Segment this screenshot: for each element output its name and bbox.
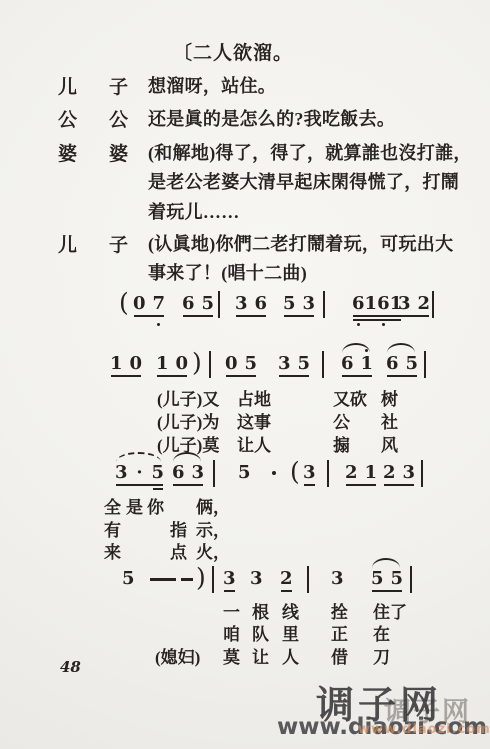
lyric-syllable: 借 <box>331 643 348 668</box>
note-char: 7 <box>153 293 166 315</box>
lyric-syllable: (儿子)为 <box>157 408 219 433</box>
dialog-text: 想溜呀，站住。 <box>148 72 276 98</box>
music-line: 1 01 0)0 53 56 16 5 <box>0 353 490 379</box>
barline <box>213 460 215 487</box>
lyric-syllable: 咱 <box>223 620 240 645</box>
speaker-label: 儿子 <box>58 230 128 257</box>
barline <box>218 291 220 318</box>
lyric-syllable: 人 <box>282 643 299 668</box>
note-space <box>128 462 135 484</box>
duration-dash <box>150 578 176 581</box>
lyric-syllable: 俩， <box>196 493 230 518</box>
lyric-syllable: 火， <box>196 538 230 563</box>
lyric-syllable: 让 <box>252 643 269 668</box>
note-group: 3 · 5 <box>115 462 164 484</box>
barline <box>307 566 309 593</box>
note-space <box>238 353 245 375</box>
note-group: 6 3 <box>172 462 204 484</box>
note-group: 6 5 <box>182 293 214 315</box>
lyric-row: 咱队里正在 <box>0 620 490 642</box>
note-char: 6 <box>377 293 390 315</box>
note-space <box>354 353 361 375</box>
lyric-syllable: 点 <box>170 538 187 563</box>
note-char: 3 <box>115 462 128 484</box>
barline <box>421 460 423 487</box>
note-space <box>146 293 153 315</box>
lyric-syllable: 是 <box>126 493 143 518</box>
note-char: 0 <box>133 293 146 315</box>
note-group: 1 0 <box>110 353 142 375</box>
lyric-syllable: 又砍 <box>333 385 367 410</box>
lyric-row: 来点火， <box>0 538 490 560</box>
lyric-syllable: 在 <box>373 620 390 645</box>
speaker-label: 儿子 <box>58 72 128 99</box>
note-char: 5 <box>202 293 215 315</box>
lyric-syllable: (儿子)莫 <box>157 431 219 456</box>
dialog-text: (认眞地)你們二老打鬧着玩，可玩出大 <box>148 230 453 256</box>
note-group: 6161 <box>352 293 402 315</box>
note-char: 3 <box>223 568 236 590</box>
note-char: 3 <box>331 568 344 590</box>
note-char: 1 <box>110 353 123 375</box>
music-paren: ( <box>290 458 300 486</box>
lyric-syllable: 里 <box>282 620 299 645</box>
note-char: 6 <box>341 353 354 375</box>
lyric-syllable: 全 <box>104 493 121 518</box>
note-char: 1 <box>365 462 378 484</box>
note-char: 5 <box>406 353 419 375</box>
note-char: 1 <box>361 353 374 375</box>
note-char: · <box>135 462 145 484</box>
note-space <box>185 462 192 484</box>
dialog-row: 事来了！(唱十二曲) <box>0 259 490 285</box>
barline <box>323 291 325 318</box>
note-group: 3 <box>250 568 263 590</box>
note-char: 5 <box>298 353 311 375</box>
barline <box>212 566 214 593</box>
note-char: 1 <box>156 353 169 375</box>
note-char: 5 <box>238 462 251 484</box>
note-char: 3 <box>250 568 263 590</box>
note-group: 3 <box>303 462 316 484</box>
note-char: 3 <box>278 353 291 375</box>
speaker-label: 公公 <box>58 105 128 132</box>
note-group: 5 <box>238 462 251 484</box>
note-char: 2 <box>280 568 293 590</box>
note-char: 3 <box>303 293 316 315</box>
speaker-char: 公 <box>109 105 128 132</box>
note-char: 0 <box>225 353 238 375</box>
page-number: 48 <box>60 658 81 676</box>
speaker-char: 公 <box>58 105 77 132</box>
note-char: 3 <box>192 462 205 484</box>
speaker-char: 子 <box>109 230 128 257</box>
barline <box>410 566 412 593</box>
speaker-char: 婆 <box>109 139 128 166</box>
note-space <box>411 293 418 315</box>
lyric-syllable: 刀 <box>373 643 390 668</box>
barline <box>432 291 434 318</box>
note-group: 2 <box>280 568 293 590</box>
speaker-char: 儿 <box>58 230 77 257</box>
lyric-syllable: (儿子)又 <box>157 385 219 410</box>
note-group: 3 <box>223 568 236 590</box>
lyric-syllable: 让人 <box>237 431 271 456</box>
note-char: 5 <box>283 293 296 315</box>
lyric-syllable: 社 <box>381 408 398 433</box>
speaker-char: 子 <box>109 72 128 99</box>
slur-arc <box>116 452 161 462</box>
note-space <box>358 462 365 484</box>
note-group: 3 <box>331 568 344 590</box>
note-char: 3 <box>403 462 416 484</box>
barline <box>327 460 329 487</box>
lyric-syllable: 你 <box>147 493 164 518</box>
note-char: 6 <box>182 293 195 315</box>
dialog-row: 公公还是眞的是怎么的?我吃飯去。 <box>0 105 490 131</box>
note-space <box>384 568 391 590</box>
lyric-syllable: 这事 <box>237 408 271 433</box>
note-group: 3 6 <box>235 293 267 315</box>
note-char: 3 <box>235 293 248 315</box>
lyric-syllable: 来 <box>104 538 121 563</box>
note-group: 2 1 <box>345 462 377 484</box>
dialog-row: 是老公老婆大清早起床閑得慌了，打鬧 <box>0 168 490 194</box>
lyric-syllable: 莫 <box>223 643 240 668</box>
duration-dash <box>181 578 193 581</box>
dialog-text: 还是眞的是怎么的?我吃飯去。 <box>148 105 395 131</box>
speaker-char: 儿 <box>58 72 77 99</box>
note-char: 2 <box>418 293 431 315</box>
note-group: 5 <box>122 568 135 590</box>
note-group: 3 2 <box>398 293 430 315</box>
note-group: 0 7 <box>133 293 165 315</box>
note-char: 5 <box>122 568 135 590</box>
lyric-syllable: (媳妇) <box>155 643 200 668</box>
lyric-row: (儿子)又占地又砍树 <box>0 385 490 407</box>
music-paren: ) <box>196 564 206 592</box>
scanned-opera-score-page: 〔二人欲溜。 儿子想溜呀，站住。公公还是眞的是怎么的?我吃飯去。婆婆(和解地)得… <box>0 0 490 749</box>
music-paren: ( <box>119 289 129 317</box>
note-char: 6 <box>386 353 399 375</box>
note-space <box>399 353 406 375</box>
note-char: 6 <box>255 293 268 315</box>
speaker-label: 婆婆 <box>58 139 128 166</box>
lyric-syllable: 风 <box>381 431 398 456</box>
dialog-row: 着玩儿…… <box>0 198 490 224</box>
note-char: 1 <box>365 293 378 315</box>
lyric-syllable: 正 <box>331 620 348 645</box>
note-char: 3 <box>303 462 316 484</box>
dialog-text: 着玩儿…… <box>148 198 240 224</box>
note-space <box>296 293 303 315</box>
note-char: 5 <box>371 568 384 590</box>
note-char: 6 <box>352 293 365 315</box>
dialog-text: 事来了！(唱十二曲) <box>148 259 307 285</box>
note-char: 3 <box>398 293 411 315</box>
dialog-row: 婆婆(和解地)得了，得了，就算誰也沒打誰， <box>0 139 490 165</box>
note-char: 5 <box>391 568 404 590</box>
slur-arc <box>387 343 415 353</box>
watermark-text: www.diaozi.com <box>358 722 490 737</box>
note-char: 0 <box>130 353 143 375</box>
augmentation-dot <box>272 471 276 475</box>
lyric-syllable: 公 <box>333 408 350 433</box>
dialog-text: (和解地)得了，得了，就算誰也沒打誰， <box>148 139 472 165</box>
speaker-char: 婆 <box>58 139 77 166</box>
lyric-syllable: 队 <box>252 620 269 645</box>
note-group: 2 3 <box>383 462 415 484</box>
barline <box>209 351 211 378</box>
dialog-row: 儿子(认眞地)你們二老打鬧着玩，可玩出大 <box>0 230 490 256</box>
note-char: 5 <box>152 462 165 484</box>
note-space <box>145 462 152 484</box>
lyric-row: 一根线拴住了 <box>0 598 490 620</box>
dialog-text: 是老公老婆大清早起床閑得慌了，打鬧 <box>148 168 459 194</box>
note-space <box>169 353 176 375</box>
lyric-row: 有指示， <box>0 516 490 538</box>
note-group: 6 5 <box>386 353 418 375</box>
note-space <box>248 293 255 315</box>
note-space <box>291 353 298 375</box>
music-line: 3 · 56 35(32 12 3 <box>0 462 490 488</box>
note-group: 5 3 <box>283 293 315 315</box>
note-char: 5 <box>245 353 258 375</box>
barline <box>424 351 426 378</box>
music-line: (0 76 53 65 361613 2 <box>0 293 490 319</box>
music-line: 5)33235 5 <box>0 568 490 594</box>
note-space <box>123 353 130 375</box>
lyric-syllable: 树 <box>381 385 398 410</box>
lyric-row: (儿子)为这事公社 <box>0 408 490 430</box>
stage-direction: 〔二人欲溜。 <box>173 38 293 65</box>
lyric-row: (儿子)莫让人搧风 <box>0 431 490 453</box>
note-char: 0 <box>176 353 189 375</box>
lyric-row: 全是你俩， <box>0 493 490 515</box>
note-group: 3 5 <box>278 353 310 375</box>
note-char: 6 <box>172 462 185 484</box>
note-group: 6 1 <box>341 353 373 375</box>
note-space <box>396 462 403 484</box>
note-group: 1 0 <box>156 353 188 375</box>
note-space <box>195 293 202 315</box>
slur-arc <box>342 343 370 353</box>
note-char: 2 <box>345 462 358 484</box>
lyric-syllable: 搧 <box>333 431 350 456</box>
dialog-row: 儿子想溜呀，站住。 <box>0 72 490 98</box>
lyric-syllable: 占地 <box>237 385 271 410</box>
note-group: 5 5 <box>371 568 403 590</box>
music-paren: ) <box>192 349 202 377</box>
note-group: 0 5 <box>225 353 257 375</box>
barline <box>322 351 324 378</box>
note-char: 2 <box>383 462 396 484</box>
